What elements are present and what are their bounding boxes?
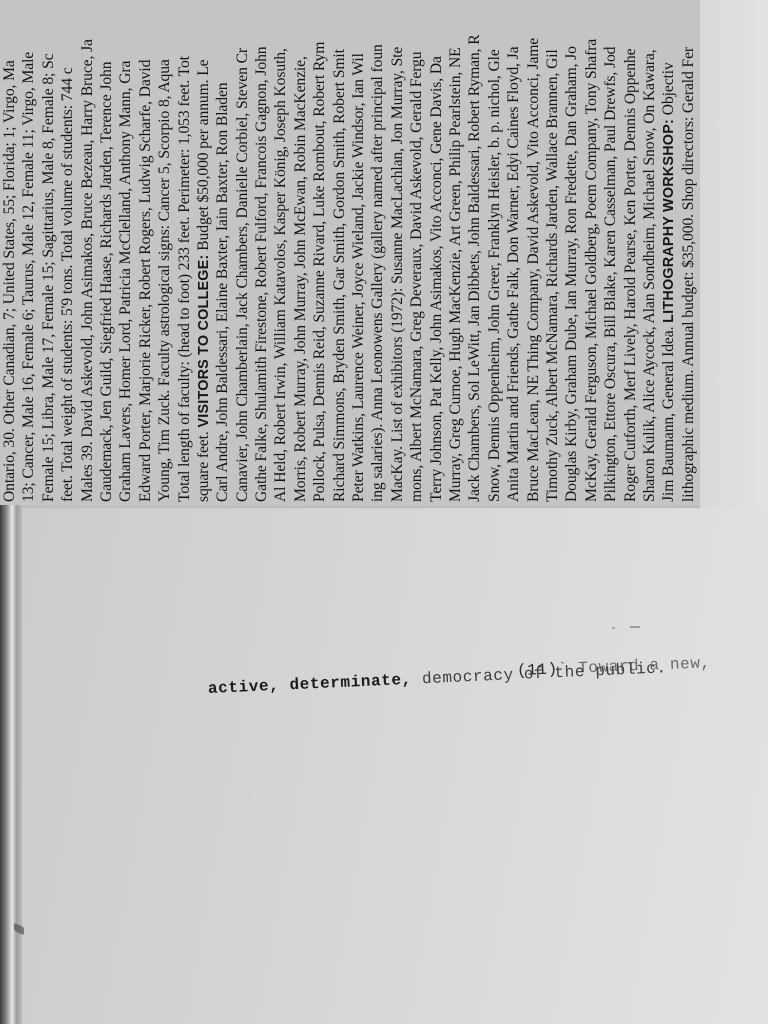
clipping-text: Sharon Kulik, Alice Aycock, Alan Sondhei…: [641, 49, 658, 502]
clipping-text: square feet.: [195, 428, 212, 502]
clipping-line: feet. Total weight of students: 5'9 tons…: [58, 0, 77, 502]
printed-clipping: Ontario, 30. Other Canadian, 7; United S…: [0, 0, 700, 508]
clipping-line: Douglas Kirby, Graham Dube, Ian Murray, …: [562, 0, 581, 502]
pencil-mark-dot: [612, 627, 615, 629]
clipping-line: Murray, Greg Curnoe, Hugh MacKenzie, Art…: [446, 0, 465, 502]
clipping-line: Young, Tim Zuck. Faculty astrological si…: [155, 0, 174, 502]
clipping-text: 13; Cancer, Male 16, Female 6; Taurus, M…: [20, 52, 37, 502]
clipping-margin: [700, 0, 768, 508]
clipping-text: Snow, Dennis Oppenheim, John Greer, Fran…: [486, 49, 503, 502]
clipping-line: Female 15; Libra, Male 17, Female 15; Sa…: [39, 0, 58, 502]
clipping-line: ing salaries). Anna Leonowens Gallery (g…: [368, 0, 387, 502]
clipping-text: Total length of faculty: (head to foot) …: [176, 56, 193, 502]
clipping-line: Morris, Robert Murray, John Murray, John…: [291, 0, 310, 502]
clipping-text: Graham Lavers, Homer Lord, Patricia McCl…: [117, 61, 134, 502]
clipping-text: Pilkington, Ettore Oscura, Bill Blake, K…: [602, 47, 619, 502]
clipping-line: Edward Porter, Marjorie Ricker, Robert R…: [136, 0, 155, 502]
clipping-line: Graham Lavers, Homer Lord, Patricia McCl…: [116, 0, 135, 502]
typed-line-continuation: active, determinate, democracy of the pu…: [208, 659, 667, 698]
clipping-line: lithographic medium. Annual budget: $35,…: [679, 0, 698, 502]
clipping-line: 13; Cancer, Male 16, Female 6; Taurus, M…: [19, 0, 38, 502]
clipping-line: Canavier, John Chamberlain, Jack Chamber…: [233, 0, 252, 502]
clipping-line: Jack Chambers, Sol LeWitt, Jan Dibbets, …: [465, 0, 484, 502]
clipping-text: Terry Johnson, Pat Kelly, John Asimakos,…: [428, 56, 445, 502]
clipping-text: Budget $50,000 per annum. Le: [195, 60, 212, 255]
clipping-line: Anita Martin and Friends, Gathe Falk, Do…: [504, 0, 523, 502]
clipping-line: Sharon Kulik, Alice Aycock, Alan Sondhei…: [640, 0, 659, 502]
clipping-text: Pollock, Pulsa, Dennis Reid, Suzanne Riv…: [311, 42, 328, 502]
clipping-text: Jim Baumann, General Idea.: [660, 323, 677, 502]
clipping-line: square feet. VISITORS TO COLLEGE: Budget…: [194, 0, 213, 502]
clipping-text: feet. Total weight of students: 5'9 tons…: [59, 67, 76, 502]
clipping-text: Morris, Robert Murray, John Murray, John…: [292, 56, 309, 502]
clipping-line: Total length of faculty: (head to foot) …: [175, 0, 194, 502]
clipping-text: Edward Porter, Marjorie Ricker, Robert R…: [137, 60, 154, 502]
clipping-text: Timothy Zuck, Albert McNamara, Richards …: [544, 49, 561, 502]
clipping-text: Young, Tim Zuck. Faculty astrological si…: [156, 59, 173, 502]
clipping-text: Richard Simmons, Bryden Smith, Gar Smith…: [331, 49, 348, 502]
clipping-line: Carl Andre, John Baldessari, Elaine Baxt…: [213, 0, 232, 502]
clipping-line: Roger Cutforth, Merf Lively, Harold Pear…: [621, 0, 640, 502]
clipping-line: Peter Watkins, Laurence Weiner, Joyce Wi…: [349, 0, 368, 502]
clipping-line: Jim Baumann, General Idea. LITHOGRAPHY W…: [659, 0, 678, 502]
clipping-text: Jack Chambers, Sol LeWitt, Jan Dibbets, …: [466, 34, 483, 502]
clipping-text: McKay, Gerald Ferguson, Michael Goldberg…: [583, 39, 600, 502]
section-heading: VISITORS TO COLLEGE:: [196, 255, 212, 428]
clipping-line: Pollock, Pulsa, Dennis Reid, Suzanne Riv…: [310, 0, 329, 502]
clipping-text: Roger Cutforth, Merf Lively, Harold Pear…: [622, 49, 639, 502]
clipping-line: McKay, Gerald Ferguson, Michael Goldberg…: [582, 0, 601, 502]
clipping-text: Al Held, Robert Irwin, William Katavolos…: [272, 48, 289, 502]
clipping-line: MacKay. List of exhibitors (1972): Susan…: [388, 0, 407, 502]
clipping-text: Canavier, John Chamberlain, Jack Chamber…: [234, 48, 251, 502]
clipping-line: Gathe Falke, Shulamith Firestone, Robert…: [252, 0, 271, 502]
clipping-line: mons, Albert McNamara, Greg Deveraux, Da…: [407, 0, 426, 502]
clipping-text: Murray, Greg Curnoe, Hugh MacKenzie, Art…: [447, 47, 464, 502]
clipping-line: Richard Simmons, Bryden Smith, Gar Smith…: [330, 0, 349, 502]
clipping-text: Objectiv: [660, 62, 677, 119]
clipping-text: Bruce MacLean, NE Thing Company, David A…: [525, 38, 542, 502]
clipping-text: MacKay. List of exhibitors (1972): Susan…: [389, 47, 406, 502]
clipping-text: Gathe Falke, Shulamith Firestone, Robert…: [253, 47, 270, 502]
clipping-text: Gaudemack, Jen Guild, Siegfried Haase, R…: [98, 62, 115, 502]
clipping-line: Ontario, 30. Other Canadian, 7; United S…: [0, 0, 19, 502]
clipping-line: Al Held, Robert Irwin, William Katavolos…: [271, 0, 290, 502]
clipping-line: Timothy Zuck, Albert McNamara, Richards …: [543, 0, 562, 502]
clipping-text: lithographic medium. Annual budget: $35,…: [680, 47, 697, 502]
clipping-text: Peter Watkins, Laurence Weiner, Joyce Wi…: [350, 53, 367, 502]
clipping-text: mons, Albert McNamara, Greg Deveraux, Da…: [408, 52, 425, 502]
clipping-line: Snow, Dennis Oppenheim, John Greer, Fran…: [485, 0, 504, 502]
clipping-text-column: Ontario, 30. Other Canadian, 7; United S…: [0, 0, 700, 508]
pencil-mark-dash: [630, 626, 640, 628]
torn-paper-edge: [0, 505, 22, 1024]
clipping-text: Males 39. David Askevold, John Asimakos,…: [79, 39, 96, 502]
clipping-line: Males 39. David Askevold, John Asimakos,…: [78, 0, 97, 502]
clipping-text: Anita Martin and Friends, Gathe Falk, Do…: [505, 47, 522, 502]
typed-text-part-1: active, determinate,: [208, 670, 423, 698]
clipping-line: Bruce MacLean, NE Thing Company, David A…: [524, 0, 543, 502]
section-heading: LITHOGRAPHY WORKSHOP:: [661, 119, 677, 323]
clipping-line: Terry Johnson, Pat Kelly, John Asimakos,…: [427, 0, 446, 502]
clipping-line: Pilkington, Ettore Oscura, Bill Blake, K…: [601, 0, 620, 502]
clipping-line: Gaudemack, Jen Guild, Siegfried Haase, R…: [97, 0, 116, 502]
clipping-text: Carl Andre, John Baldessari, Elaine Baxt…: [214, 83, 231, 502]
clipping-text: Ontario, 30. Other Canadian, 7; United S…: [1, 60, 18, 502]
clipping-bottom-edge: [0, 506, 700, 509]
clipping-text: Female 15; Libra, Male 17, Female 15; Sa…: [40, 54, 57, 503]
clipping-text: Douglas Kirby, Graham Dube, Ian Murray, …: [563, 46, 580, 502]
clipping-text: ing salaries). Anna Leonowens Gallery (g…: [369, 44, 386, 502]
